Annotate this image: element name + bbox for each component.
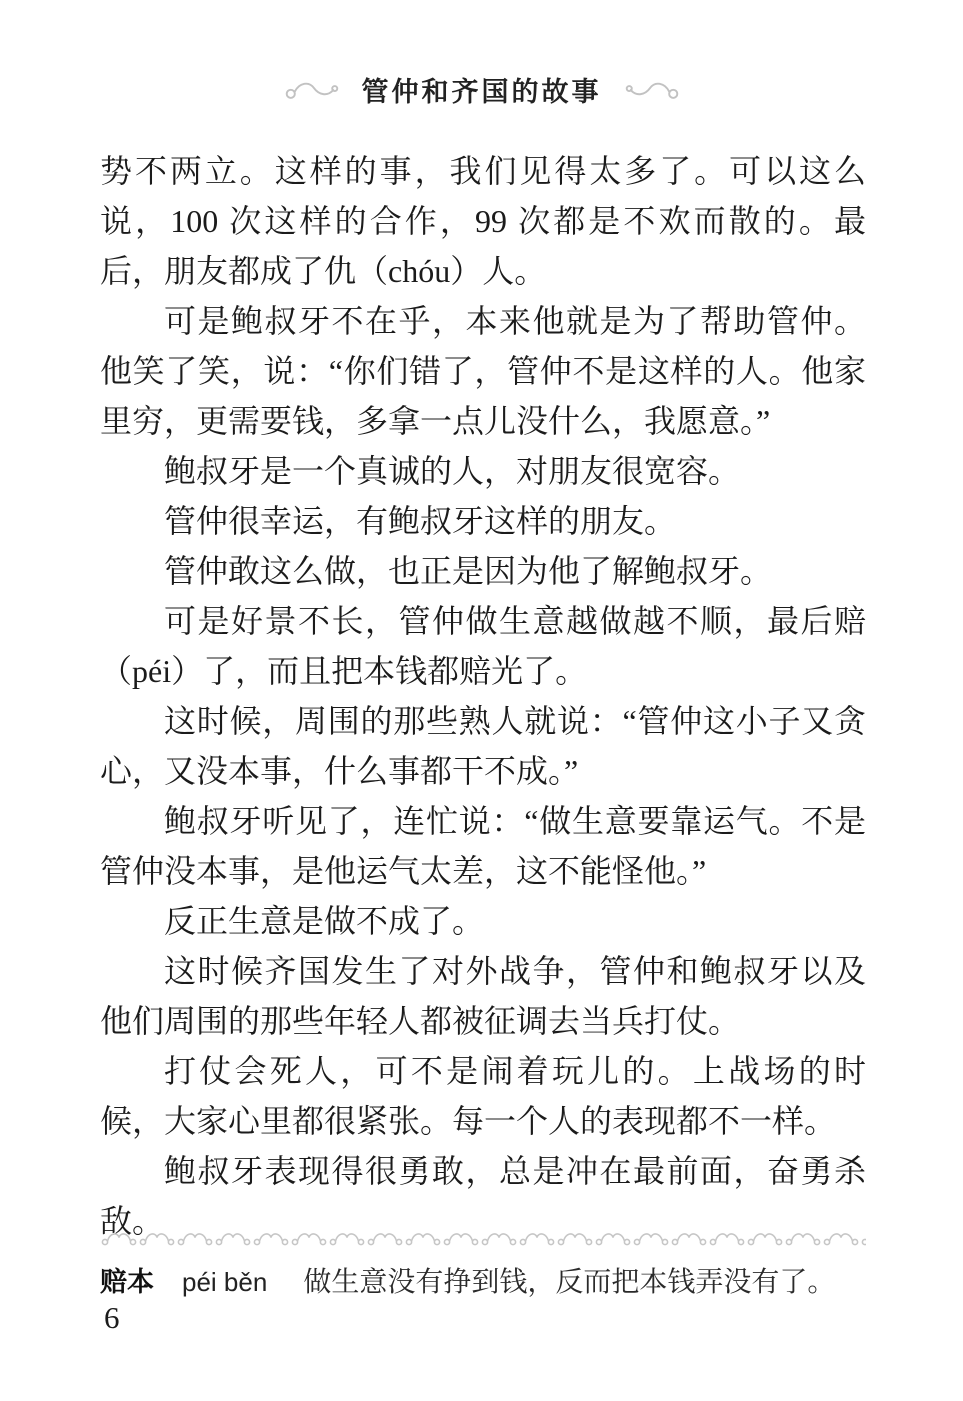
paragraph: 鲍叔牙听见了，连忙说：“做生意要靠运气。不是管仲没本事，是他运气太差，这不能怪他… xyxy=(100,796,866,896)
page-title: 管仲和齐国的故事 xyxy=(362,70,602,109)
story-text: 势不两立。这样的事，我们见得太多了。可以这么说，100 次这样的合作，99 次都… xyxy=(100,146,866,1246)
glossary-entry: 赔本 péi běn 做生意没有挣到钱，反而把本钱弄没有了。 xyxy=(100,1260,866,1300)
book-page: 管仲和齐国的故事 势不两立。这样的事，我们见得太多了。可以这么说，100 次这样… xyxy=(0,0,963,1401)
paragraph: 反正生意是做不成了。 xyxy=(100,896,866,946)
paragraph: 管仲很幸运，有鲍叔牙这样的朋友。 xyxy=(100,496,866,546)
paragraph: 这时候齐国发生了对外战争，管仲和鲍叔牙以及他们周围的那些年轻人都被征调去当兵打仗… xyxy=(100,946,866,1046)
paragraph: 管仲敢这么做，也正是因为他了解鲍叔牙。 xyxy=(100,546,866,596)
flourish-right-icon xyxy=(622,76,680,104)
running-header: 管仲和齐国的故事 xyxy=(0,70,963,109)
paragraph: 打仗会死人，可不是闹着玩儿的。上战场的时候，大家心里都很紧张。每一个人的表现都不… xyxy=(100,1046,866,1146)
page-footer: 赔本 péi běn 做生意没有挣到钱，反而把本钱弄没有了。 xyxy=(100,1228,866,1300)
paragraph: 势不两立。这样的事，我们见得太多了。可以这么说，100 次这样的合作，99 次都… xyxy=(100,146,866,296)
page-number: 6 xyxy=(104,1300,120,1336)
paragraph: 可是鲍叔牙不在乎，本来他就是为了帮助管仲。他笑了笑，说：“你们错了，管仲不是这样… xyxy=(100,296,866,446)
flourish-left-icon xyxy=(284,76,342,104)
paragraph: 可是好景不长，管仲做生意越做越不顺，最后赔（péi）了，而且把本钱都赔光了。 xyxy=(100,596,866,696)
paragraph: 鲍叔牙是一个真诚的人，对朋友很宽容。 xyxy=(100,446,866,496)
flourish-divider-icon xyxy=(100,1228,866,1250)
paragraph: 这时候，周围的那些熟人就说：“管仲这小子又贪心，又没本事，什么事都干不成。” xyxy=(100,696,866,796)
glossary-pinyin: péi běn xyxy=(182,1267,267,1298)
glossary-definition: 做生意没有挣到钱，反而把本钱弄没有了。 xyxy=(303,1260,835,1300)
glossary-term: 赔本 xyxy=(100,1260,154,1299)
